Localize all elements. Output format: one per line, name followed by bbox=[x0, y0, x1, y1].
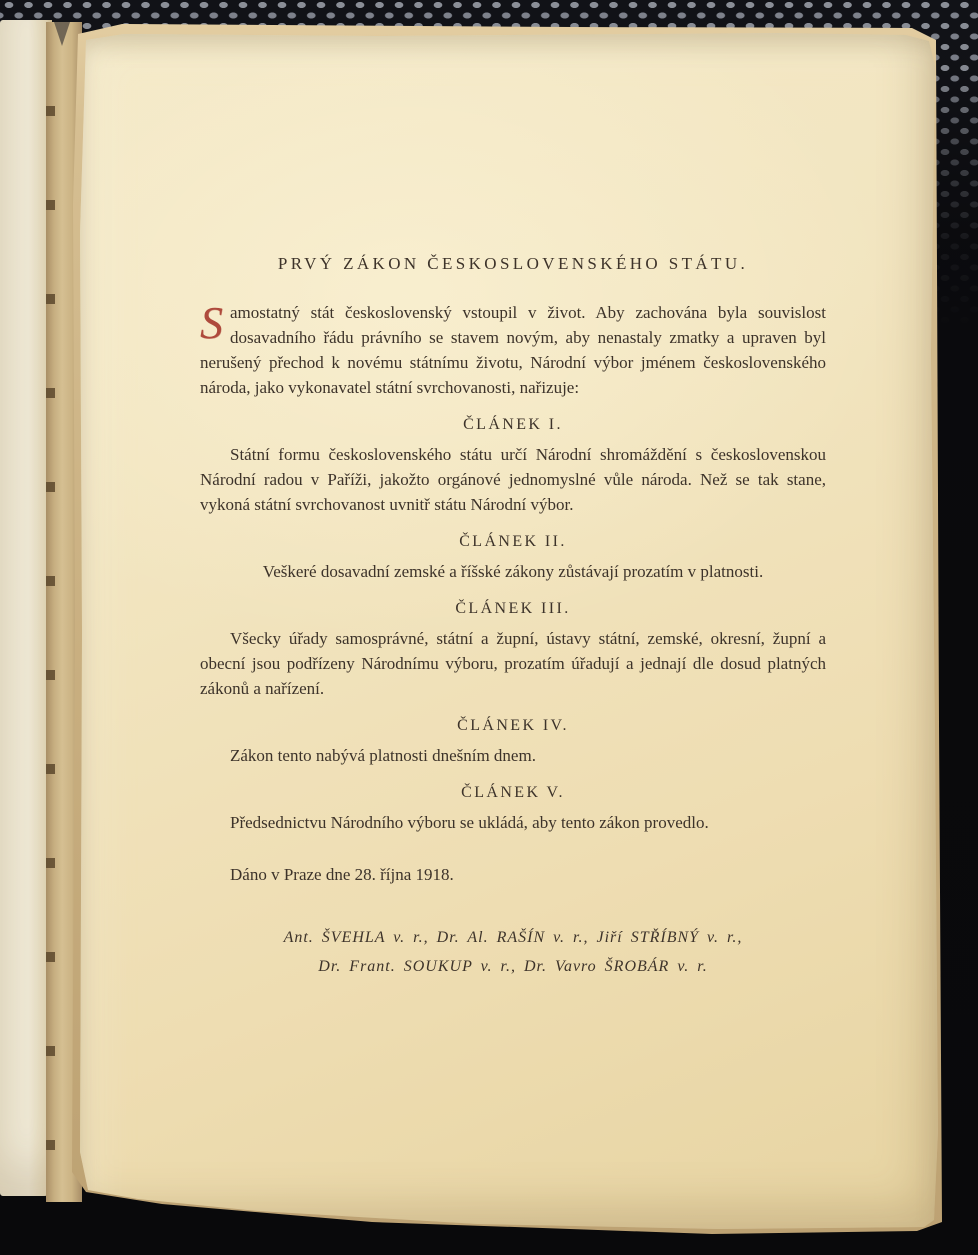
article-4-heading: ČLÁNEK IV. bbox=[200, 717, 826, 735]
article-2-heading: ČLÁNEK II. bbox=[200, 533, 826, 551]
facing-page-edge bbox=[0, 20, 52, 1196]
article-4-body: Zákon tento nabývá platnosti dnešním dne… bbox=[200, 743, 826, 768]
page-content: PRVÝ ZÁKON ČESKOSLOVENSKÉHO STÁTU. Samos… bbox=[200, 254, 826, 981]
intro-paragraph: Samostatný stát československý vstoupil … bbox=[200, 300, 826, 400]
drop-cap-initial: S bbox=[200, 303, 223, 347]
signature-block: Ant. ŠVEHLA v. r., Dr. Al. RAŠÍN v. r., … bbox=[200, 923, 826, 981]
intro-text: amostatný stát československý vstoupil v… bbox=[200, 303, 826, 397]
document-title: PRVÝ ZÁKON ČESKOSLOVENSKÉHO STÁTU. bbox=[200, 254, 826, 274]
photo-scene: PRVÝ ZÁKON ČESKOSLOVENSKÉHO STÁTU. Samos… bbox=[0, 0, 978, 1255]
article-3-body: Všecky úřady samosprávné, státní a župní… bbox=[200, 626, 826, 701]
document-page: PRVÝ ZÁKON ČESKOSLOVENSKÉHO STÁTU. Samos… bbox=[78, 32, 938, 1230]
article-1-body: Státní formu československého státu určí… bbox=[200, 442, 826, 517]
article-2-body: Veškeré dosavadní zemské a říšské zákony… bbox=[200, 559, 826, 584]
article-1-heading: ČLÁNEK I. bbox=[200, 416, 826, 434]
dateline: Dáno v Praze dne 28. října 1918. bbox=[200, 862, 826, 887]
article-3-heading: ČLÁNEK III. bbox=[200, 600, 826, 618]
signature-line-2: Dr. Frant. SOUKUP v. r., Dr. Vavro ŠROBÁ… bbox=[200, 952, 826, 981]
article-5-body: Předsednictvu Národního výboru se ukládá… bbox=[200, 810, 826, 835]
article-5-heading: ČLÁNEK V. bbox=[200, 784, 826, 802]
signature-line-1: Ant. ŠVEHLA v. r., Dr. Al. RAŠÍN v. r., … bbox=[200, 923, 826, 952]
